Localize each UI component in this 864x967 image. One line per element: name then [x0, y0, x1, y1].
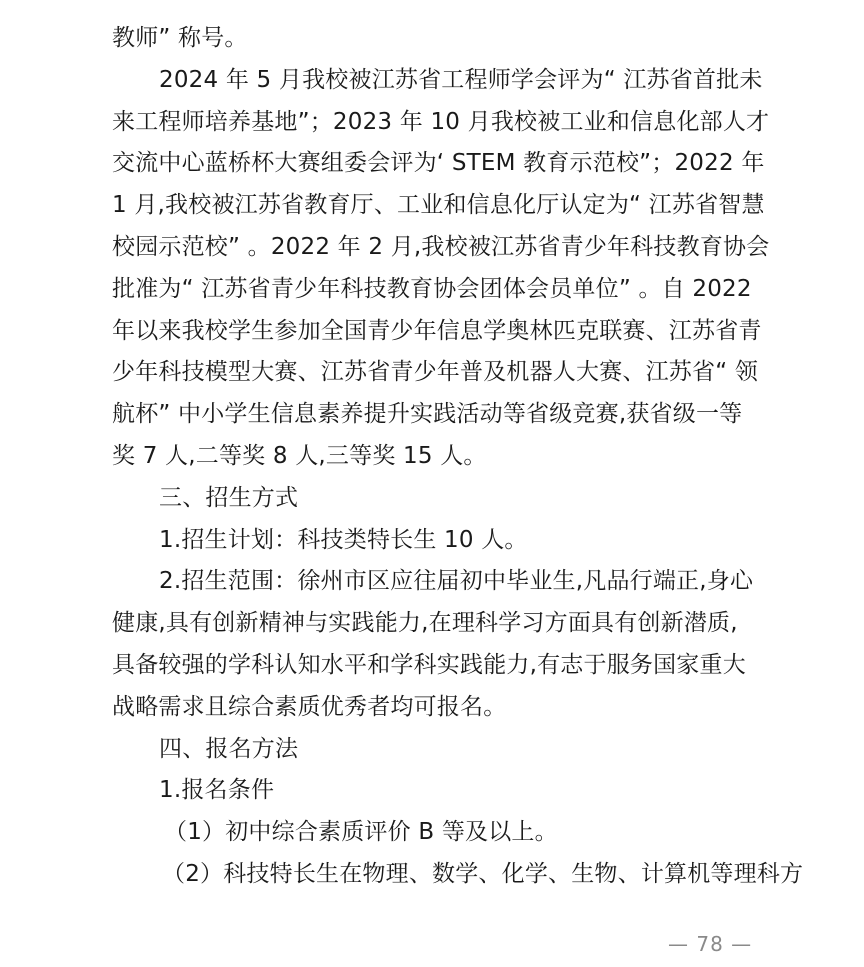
- condition-item-2: （2）科技特长生在物理、数学、化学、生物、计算机等理科方: [112, 854, 756, 896]
- section-heading-registration-method: 四、报名方法: [112, 729, 756, 771]
- text-line: 交流中心蓝桥杯大赛组委会评为‘ STEM 教育示范校”；2022 年: [112, 143, 756, 185]
- text-line: 年以来我校学生参加全国青少年信息学奥林匹克联赛、江苏省青: [112, 311, 756, 353]
- registration-conditions-heading: 1.报名条件: [112, 770, 756, 812]
- page-number: — 78 —: [668, 932, 752, 956]
- text-line: 1 月,我校被江苏省教育厅、工业和信息化厅认定为“ 江苏省智慧: [112, 185, 756, 227]
- text-line: 奖 7 人,二等奖 8 人,三等奖 15 人。: [112, 436, 756, 478]
- text-line: 航杯” 中小学生信息素养提升实践活动等省级竞赛,获省级一等: [112, 394, 756, 436]
- section-heading-enrollment-method: 三、招生方式: [112, 478, 756, 520]
- text-line: 校园示范校” 。2022 年 2 月,我校被江苏省青少年科技教育协会: [112, 227, 756, 269]
- condition-item-1: （1）初中综合素质评价 B 等及以上。: [112, 812, 756, 854]
- document-page: 教师” 称号。 2024 年 5 月我校被江苏省工程师学会评为“ 江苏省首批未 …: [112, 18, 756, 896]
- text-line: 少年科技模型大赛、江苏省青少年普及机器人大赛、江苏省“ 领: [112, 352, 756, 394]
- text-line-continuation-title: 教师” 称号。: [112, 18, 756, 60]
- text-line-honors-2024: 2024 年 5 月我校被江苏省工程师学会评为“ 江苏省首批未: [112, 60, 756, 102]
- text-line: 战略需求且综合素质优秀者均可报名。: [112, 687, 756, 729]
- enrollment-scope-item: 2.招生范围：徐州市区应往届初中毕业生,凡品行端正,身心: [112, 561, 756, 603]
- text-line: 健康,具有创新精神与实践能力,在理科学习方面具有创新潜质,: [112, 603, 756, 645]
- enrollment-plan-item: 1.招生计划：科技类特长生 10 人。: [112, 520, 756, 562]
- text-line: 具备较强的学科认知水平和学科实践能力,有志于服务国家重大: [112, 645, 756, 687]
- text-line: 来工程师培养基地”；2023 年 10 月我校被工业和信息化部人才: [112, 102, 756, 144]
- text-line: 批准为“ 江苏省青少年科技教育协会团体会员单位” 。自 2022: [112, 269, 756, 311]
